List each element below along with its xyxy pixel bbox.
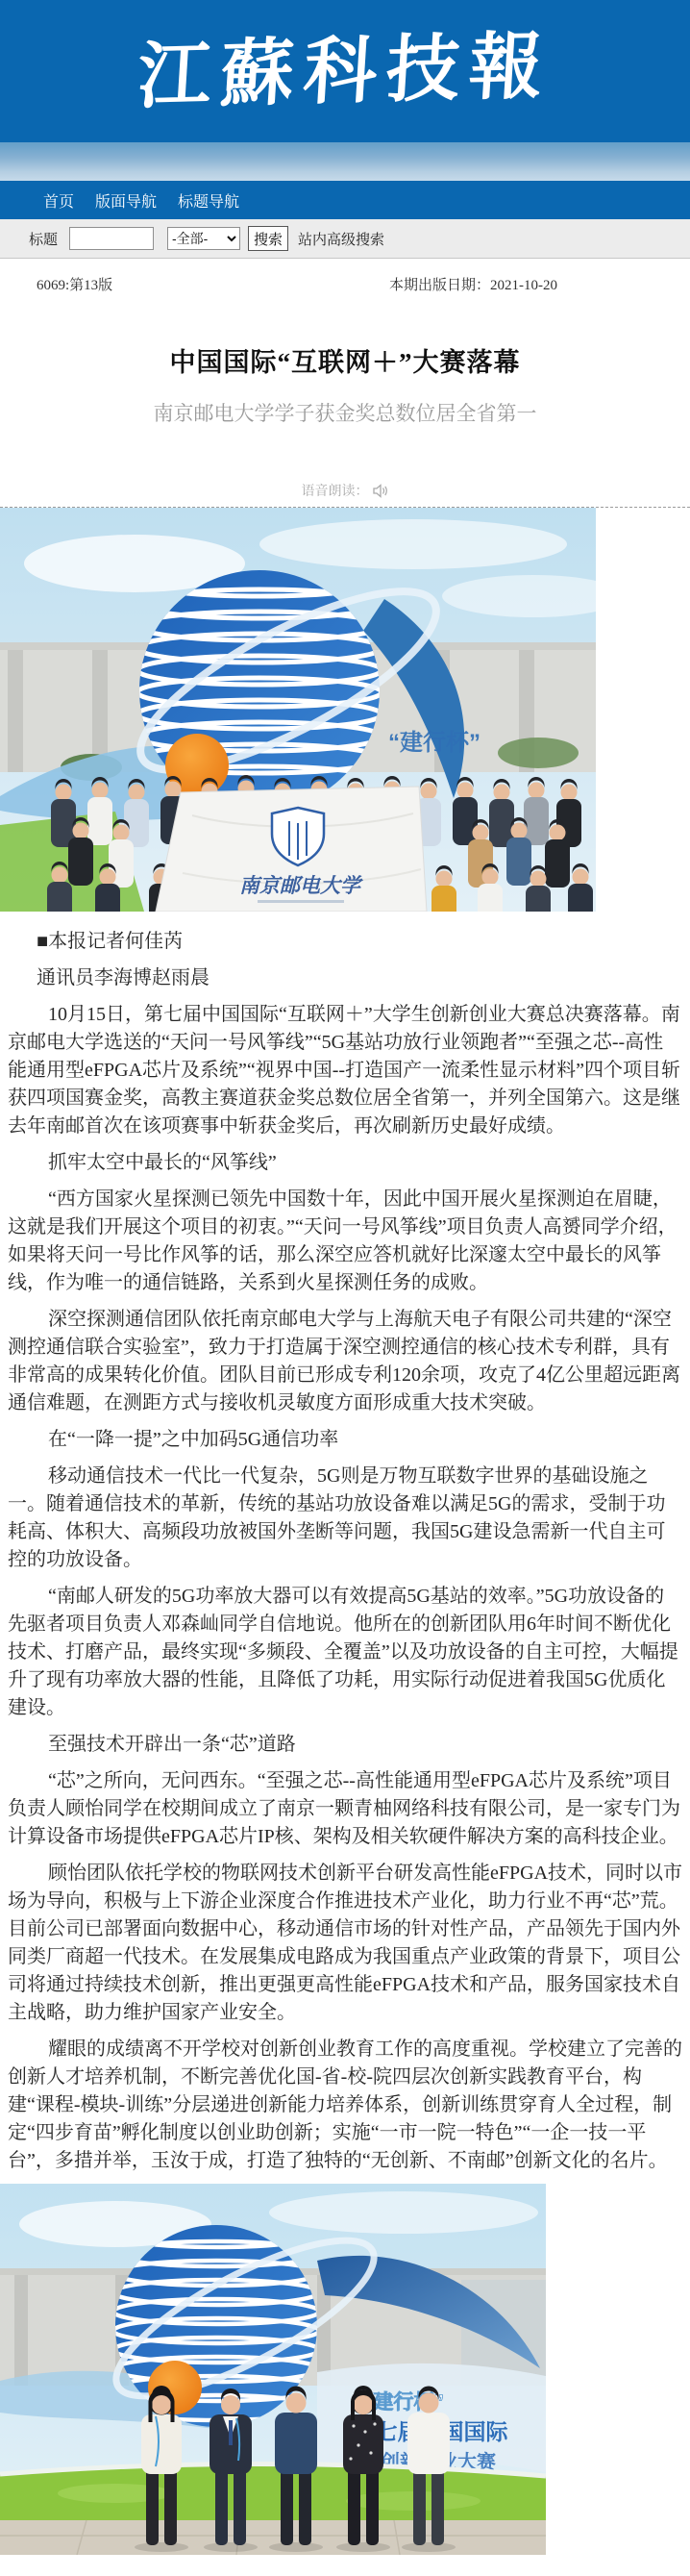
byline-correspondent: 通讯员李海博赵雨晨 bbox=[8, 964, 682, 992]
paragraph: 深空探测通信团队依托南京邮电大学与上海航天电子有限公司共建的“深空测控通信联合实… bbox=[8, 1306, 682, 1417]
advanced-search-link[interactable]: 站内高级搜索 bbox=[298, 229, 384, 249]
masthead-strip bbox=[0, 142, 690, 181]
search-scope-select[interactable]: -全部- bbox=[167, 227, 240, 250]
article-body: ■本报记者何佳芮 通讯员李海博赵雨晨 10月15日，第七届中国国际“互联网＋”大… bbox=[0, 912, 690, 2175]
article-subtitle: 南京邮电大学学子获金奖总数位居全省第一 bbox=[0, 398, 690, 427]
paragraph: “西方国家火星探测已领先中国数十年，因此中国开展火星探测迫在眉睫，这就是我们开展… bbox=[8, 1186, 682, 1297]
section-subhead: 抓牢太空中最长的“风筝线” bbox=[8, 1149, 682, 1177]
search-input[interactable] bbox=[69, 227, 154, 250]
paragraph: “南邮人研发的5G功率放大器可以有效提高5G基站的效率。”5G功放设备的先驱者项… bbox=[8, 1583, 682, 1722]
byline-reporter: ■本报记者何佳芮 bbox=[8, 928, 682, 956]
photo-group-flag-graphic: “建行杯” bbox=[0, 508, 596, 912]
bottom-padding bbox=[0, 2555, 690, 2576]
speaker-icon bbox=[373, 484, 389, 498]
photo1-sign-text: “建行杯” bbox=[388, 730, 481, 756]
nav-item-home[interactable]: 首页 bbox=[43, 189, 74, 212]
paragraph: 耀眼的成绩离不开学校对创新创业教育工作的高度重视。学校建立了完善的创新人才培养机… bbox=[8, 2036, 682, 2175]
article-title: 中国国际“互联网＋”大赛落幕 bbox=[0, 341, 690, 379]
issue-row: 6069:第13版 本期出版日期：2021-10-20 bbox=[0, 259, 690, 301]
page: 江蘇科技報 首页 版面导航 标题导航 标题 -全部- 搜索 站内高级搜索 606… bbox=[0, 0, 690, 2576]
paragraph: 移动通信技术一代比一代复杂，5G则是万物互联数字世界的基础设施之一。随着通信技术… bbox=[8, 1463, 682, 1574]
search-bar: 标题 -全部- 搜索 站内高级搜索 bbox=[0, 219, 690, 259]
top-navigation: 首页 版面导航 标题导航 bbox=[0, 181, 690, 219]
search-title-label: 标题 bbox=[29, 229, 58, 249]
masthead-title: 江蘇科技報 bbox=[136, 29, 554, 113]
paragraph: “芯”之所向，无问西东。“至强之芯--高性能通用型eFPGA芯片及系统”项目负责… bbox=[8, 1767, 682, 1851]
section-subhead: 至强技术开辟出一条“芯”道路 bbox=[8, 1731, 682, 1759]
masthead: 江蘇科技報 bbox=[0, 0, 690, 142]
paragraph: 顾怡团队依托学校的物联网技术创新平台研发高性能eFPGA技术，同时以市场为导向，… bbox=[8, 1860, 682, 2027]
voice-reading-label: 语音朗读： bbox=[302, 481, 369, 500]
article: 中国国际“互联网＋”大赛落幕 南京邮电大学学子获金奖总数位居全省第一 语音朗读： bbox=[0, 341, 690, 2576]
photo1-flag-text: 南京邮电大学 bbox=[239, 874, 363, 897]
nav-item-title-navigation[interactable]: 标题导航 bbox=[178, 189, 239, 212]
issue-edition: 6069:第13版 bbox=[37, 274, 112, 294]
article-photo-group-flag: “建行杯” bbox=[0, 508, 596, 912]
issue-date: 本期出版日期：2021-10-20 bbox=[389, 274, 557, 294]
section-subhead: 在“一降一提”之中加码5G通信功率 bbox=[8, 1426, 682, 1454]
voice-reading-button[interactable]: 语音朗读： bbox=[0, 481, 690, 500]
article-photo-team: “建行杯” 第七届中国国际 创新创业大赛 bbox=[0, 2184, 546, 2555]
search-button[interactable]: 搜索 bbox=[248, 226, 288, 251]
nav-item-page-navigation[interactable]: 版面导航 bbox=[95, 189, 157, 212]
photo-team-graphic: “建行杯” 第七届中国国际 创新创业大赛 bbox=[0, 2184, 546, 2555]
paragraph: 10月15日，第七届中国国际“互联网＋”大学生创新创业大赛总决赛落幕。南京邮电大… bbox=[8, 1001, 682, 1140]
